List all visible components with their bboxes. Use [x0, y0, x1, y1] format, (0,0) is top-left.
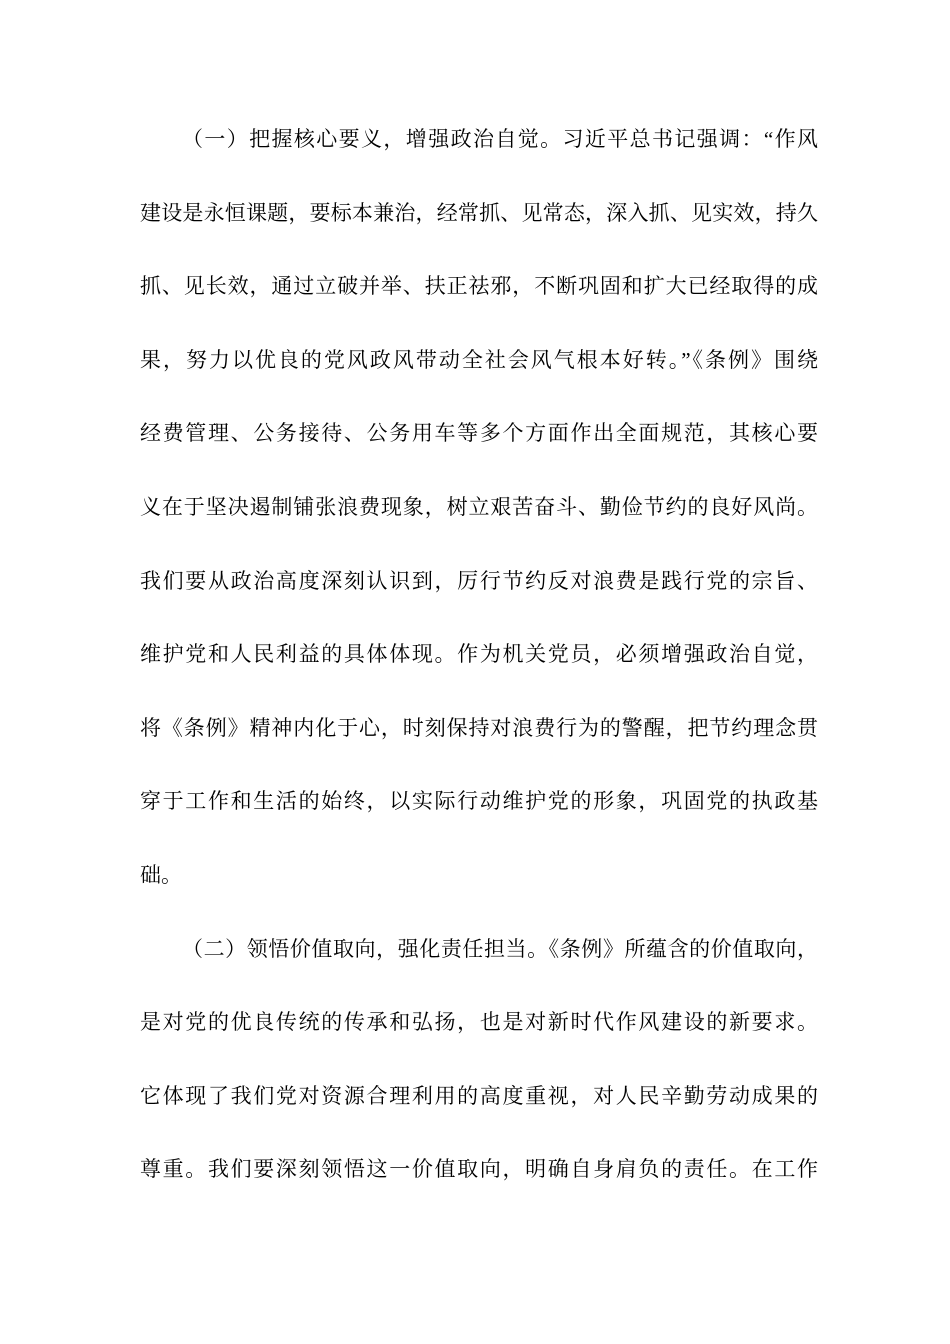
document-body: （一）把握核心要义，增强政治自觉。习近平总书记强调：“作风建设是永恒课题，要标本… — [140, 103, 818, 1207]
text-line: 果，努力以优良的党风政风带动全社会风气根本好转。”《条例》围绕 — [140, 324, 818, 398]
text-line: 将《条例》精神内化于心，时刻保持对浪费行为的警醒，把节约理念贯 — [140, 692, 818, 766]
paragraph-2: （二）领悟价值取向，强化责任担当。《条例》所蕴含的价值取向，是对党的优良传统的传… — [140, 913, 818, 1207]
text-line: 我们要从政治高度深刻认识到，厉行节约反对浪费是践行党的宗旨、 — [140, 545, 818, 619]
paragraph-1: （一）把握核心要义，增强政治自觉。习近平总书记强调：“作风建设是永恒课题，要标本… — [140, 103, 818, 913]
text-line: 尊重。我们要深刻领悟这一价值取向，明确自身肩负的责任。在工作 — [140, 1133, 818, 1207]
document-page: （一）把握核心要义，增强政治自觉。习近平总书记强调：“作风建设是永恒课题，要标本… — [0, 0, 950, 1344]
text-line: 义在于坚决遏制铺张浪费现象，树立艰苦奋斗、勤俭节约的良好风尚。 — [140, 471, 818, 545]
text-line: 它体现了我们党对资源合理利用的高度重视，对人民辛勤劳动成果的 — [140, 1060, 818, 1134]
text-line: 穿于工作和生活的始终，以实际行动维护党的形象，巩固党的执政基 — [140, 765, 818, 839]
text-line: （二）领悟价值取向，强化责任担当。《条例》所蕴含的价值取向， — [140, 913, 818, 987]
text-line: 经费管理、公务接待、公务用车等多个方面作出全面规范，其核心要 — [140, 397, 818, 471]
text-line: 础。 — [140, 839, 818, 913]
text-line: （一）把握核心要义，增强政治自觉。习近平总书记强调：“作风 — [140, 103, 818, 177]
text-line: 维护党和人民利益的具体体现。作为机关党员，必须增强政治自觉， — [140, 618, 818, 692]
text-line: 是对党的优良传统的传承和弘扬，也是对新时代作风建设的新要求。 — [140, 986, 818, 1060]
text-line: 建设是永恒课题，要标本兼治，经常抓、见常态，深入抓、见实效，持久 — [140, 177, 818, 251]
text-line: 抓、见长效，通过立破并举、扶正祛邪，不断巩固和扩大已经取得的成 — [140, 250, 818, 324]
